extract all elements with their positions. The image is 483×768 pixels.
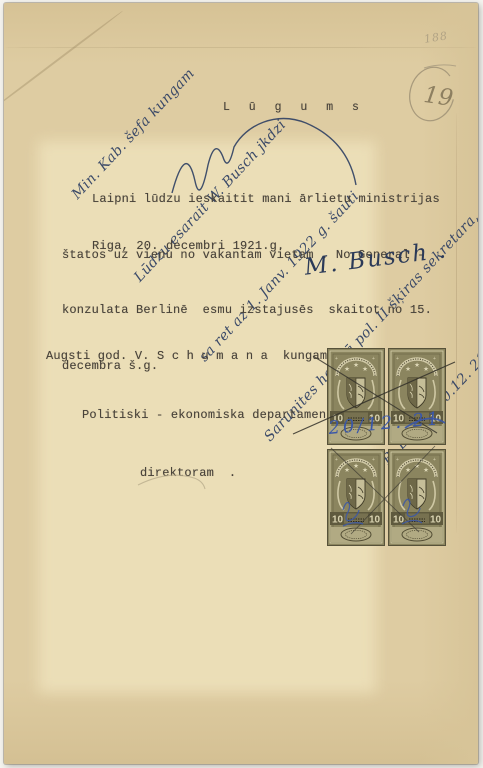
revenue-stamp: 10 10 [327,449,385,546]
recipient-line: Politiski - ekonomiska departamenta [46,406,341,426]
circled-pencil-number: 19 [402,61,464,127]
revenue-stamp-block: + + ★ ★ ★ [327,348,447,547]
circled-number-text: 19 [422,82,455,112]
stamp-value: 10 [332,414,344,425]
revenue-stamp: 10 10 [388,348,446,445]
recipient-line: Augsti god. V. S c h u m a n a kungam [46,347,341,367]
dateline: Riga, 20. decembri 1921.g. [92,239,284,253]
stamp-value: 10 [430,515,442,526]
document-heading: L ū g u m s [223,101,365,114]
recipient-block: Augsti god. V. S c h u m a n a kungam Po… [46,308,341,523]
stamp-value: 10 [369,414,381,425]
stamp-value: 10 [332,515,344,526]
revenue-stamp: 10 10 [388,449,446,546]
stamp-value: 10 [393,414,405,425]
stamp-value: 10 [430,414,442,425]
stamp-value: 10 [369,515,381,526]
letter-page: Min. Kab. šefa kungam Lūdzu esarait W. B… [4,3,478,764]
revenue-stamp: + + ★ ★ ★ [327,348,385,445]
stamp-value: 10 [393,515,405,526]
body-line: Laipni lūdzu ieskaitit mani ārlietu mini… [62,190,440,209]
recipient-line: direktoram . [46,464,341,484]
